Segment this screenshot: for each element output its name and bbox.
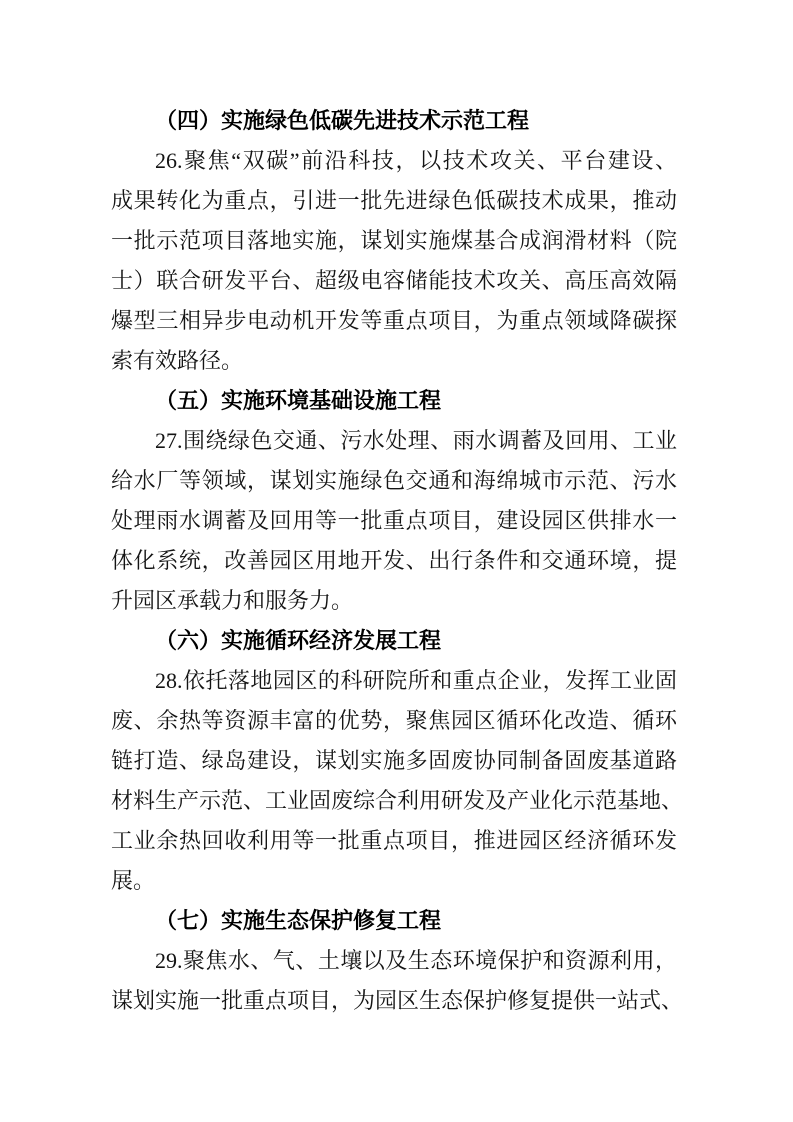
- paragraph-line: 成果转化为重点，引进一批先进绿色低碳技术成果，推动: [111, 181, 677, 221]
- section-6-circular-economy: （六）实施循环经济发展工程 28.依托落地园区的科研院所和重点企业，发挥工业固 …: [111, 621, 677, 901]
- paragraph-line: 索有效路径。: [111, 341, 677, 381]
- section-5-environment-infrastructure: （五）实施环境基础设施工程 27.围绕绿色交通、污水处理、雨水调蓄及回用、工业 …: [111, 381, 677, 621]
- section-heading: （六）实施循环经济发展工程: [111, 621, 677, 661]
- paragraph-line: 升园区承载力和服务力。: [111, 581, 677, 621]
- paragraph-line: 处理雨水调蓄及回用等一批重点项目，建设园区供排水一: [111, 501, 677, 541]
- paragraph-line: 废、余热等资源丰富的优势，聚焦园区循环化改造、循环: [111, 701, 677, 741]
- paragraph-line: 工业余热回收利用等一批重点项目，推进园区经济循环发: [111, 821, 677, 861]
- section-4-green-lowcarbon-tech: （四）实施绿色低碳先进技术示范工程 26.聚焦“双碳”前沿科技，以技术攻关、平台…: [111, 101, 677, 381]
- paragraph-line: 体化系统，改善园区用地开发、出行条件和交通环境，提: [111, 541, 677, 581]
- paragraph-line: 26.聚焦“双碳”前沿科技，以技术攻关、平台建设、: [111, 141, 677, 181]
- document-page: （四）实施绿色低碳先进技术示范工程 26.聚焦“双碳”前沿科技，以技术攻关、平台…: [0, 0, 793, 1122]
- section-heading: （四）实施绿色低碳先进技术示范工程: [111, 101, 677, 141]
- paragraph-line: 27.围绕绿色交通、污水处理、雨水调蓄及回用、工业: [111, 421, 677, 461]
- paragraph-line: 展。: [111, 861, 677, 901]
- paragraph-line: 士）联合研发平台、超级电容储能技术攻关、高压高效隔: [111, 261, 677, 301]
- paragraph-line: 链打造、绿岛建设，谋划实施多固废协同制备固废基道路: [111, 741, 677, 781]
- paragraph-line: 29.聚焦水、气、土壤以及生态环境保护和资源利用，: [111, 941, 677, 981]
- paragraph-line: 一批示范项目落地实施，谋划实施煤基合成润滑材料（院: [111, 221, 677, 261]
- section-heading: （五）实施环境基础设施工程: [111, 381, 677, 421]
- section-7-ecological-restoration: （七）实施生态保护修复工程 29.聚焦水、气、土壤以及生态环境保护和资源利用， …: [111, 901, 677, 1021]
- section-heading: （七）实施生态保护修复工程: [111, 901, 677, 941]
- paragraph-line: 爆型三相异步电动机开发等重点项目，为重点领域降碳探: [111, 301, 677, 341]
- document-body: （四）实施绿色低碳先进技术示范工程 26.聚焦“双碳”前沿科技，以技术攻关、平台…: [111, 101, 677, 1021]
- paragraph-line: 给水厂等领域，谋划实施绿色交通和海绵城市示范、污水: [111, 461, 677, 501]
- paragraph-line: 28.依托落地园区的科研院所和重点企业，发挥工业固: [111, 661, 677, 701]
- paragraph-line: 谋划实施一批重点项目，为园区生态保护修复提供一站式、: [111, 981, 677, 1021]
- paragraph-line: 材料生产示范、工业固废综合利用研发及产业化示范基地、: [111, 781, 677, 821]
